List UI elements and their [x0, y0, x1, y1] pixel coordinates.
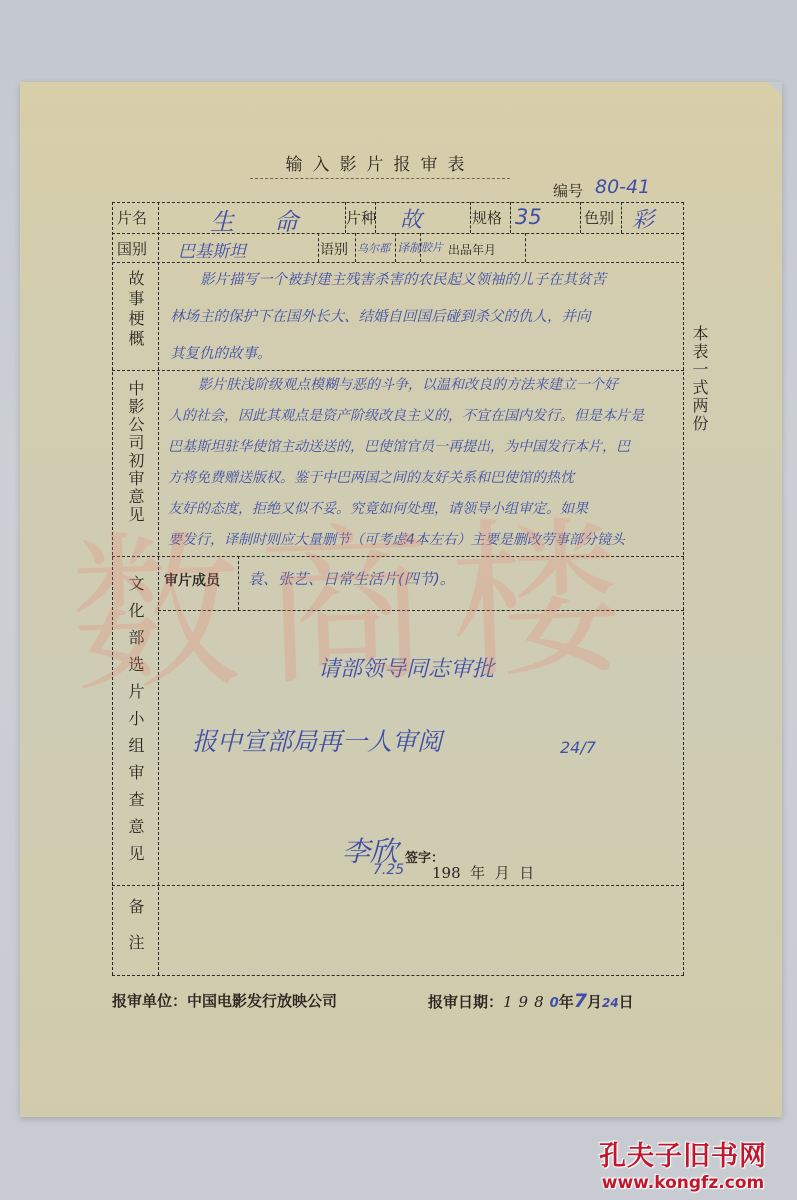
year-print: 198 — [503, 993, 550, 1011]
row-divider — [112, 233, 684, 234]
submission-date: 报审日期：1980年7月24日 — [428, 990, 634, 1012]
color-label: 色别 — [584, 207, 614, 228]
day-hand: 24 — [602, 996, 619, 1010]
unit-value: 中国电影发行放映公司 — [187, 992, 337, 1010]
film-name-label: 片名 — [117, 207, 147, 228]
film-type-value: 故 — [400, 203, 422, 234]
ministry-instruction: 请部领导同志审批 — [318, 652, 494, 683]
serial-label: 编号 — [553, 180, 583, 201]
language-value: 乌尔都 — [357, 240, 390, 256]
cell-divider — [470, 202, 471, 233]
country-value: 巴基斯坦 — [178, 237, 246, 262]
review-line: 方将免费赠送版权。鉴于中巴两国之间的友好关系和巴使馆的热忱 — [168, 463, 680, 494]
month-suffix: 月 — [587, 993, 602, 1011]
cell-divider — [510, 202, 511, 233]
row-divider — [112, 556, 684, 557]
ministry-comment: 报中宣部局再一人审阅 — [192, 722, 442, 758]
review-line: 影片肤浅阶级观点模糊与恶的斗争，以温和改良的方法来建立一个好 — [168, 370, 680, 401]
language-label: 语别 — [320, 239, 348, 259]
row-divider — [158, 610, 684, 611]
cell-divider — [238, 556, 239, 610]
row-divider — [112, 885, 684, 886]
review-line: 友好的态度，拒绝又似不妥。究竟如何处理，请领导小组审定。如果 — [168, 494, 680, 525]
synopsis-line: 其复仇的故事。 — [170, 336, 680, 373]
dub-value: 译制 — [397, 239, 421, 256]
day-suffix: 日 — [619, 993, 634, 1011]
synopsis-text: 影片描写一个被封建主残害杀害的农民起义领袖的儿子在其贫苦 林场主的保护下在国外长… — [170, 262, 680, 373]
reviewers-label: 审片成员 — [164, 570, 220, 590]
film-name-value: 生命 — [210, 202, 338, 237]
table-top-border — [112, 202, 684, 203]
synopsis-line: 影片描写一个被封建主残害杀害的农民起义领袖的儿子在其贫苦 — [170, 262, 680, 299]
review-line: 巴基斯坦驻华使馆主动送送的，巴使馆官员一再提出，为中国发行本片，巴 — [168, 432, 680, 463]
review-line: 要发行，译制时则应大量删节（可考虑4本左右）主要是删改劳事部分镜头 — [168, 525, 680, 556]
review-line: 人的社会，因此其观点是资产阶级改良主义的，不宜在国内发行。但是本片是 — [168, 401, 680, 432]
sign-date-hand: 7.25 — [373, 862, 404, 878]
reviewers-value: 袁、张艺、日常生活片(四节)。 — [248, 568, 455, 589]
country-label: 国别 — [117, 238, 147, 259]
table-left-border — [112, 202, 113, 975]
date-label: 报审日期： — [428, 993, 503, 1011]
table-bottom-border — [112, 975, 684, 976]
table-right-border — [683, 202, 684, 975]
initial-review-label: 中影公司初审意见 — [123, 380, 147, 531]
cell-divider — [318, 233, 319, 262]
gauge-label: 规格 — [472, 207, 502, 228]
copies-note: 本表一式两份 — [688, 325, 711, 433]
month-hand: 7 — [574, 990, 587, 1012]
form-title: 输入影片报审表 — [250, 150, 510, 179]
year-suffix: 年 — [559, 993, 574, 1011]
label-column-divider — [158, 202, 159, 975]
serial-value: 80-41 — [595, 176, 650, 198]
submitting-unit: 报审单位：中国电影发行放映公司 — [112, 990, 337, 1011]
ministry-initials-date: 24/7 — [560, 738, 596, 757]
year-hand: 0 — [550, 996, 559, 1011]
cell-divider — [395, 233, 396, 262]
synopsis-line: 林场主的保护下在国外长大、结婚自回国后碰到杀父的仇人，并向 — [170, 299, 680, 336]
cell-divider — [580, 202, 581, 233]
cell-divider — [525, 233, 526, 262]
cell-divider — [621, 202, 622, 233]
color-value: 彩 — [632, 203, 654, 234]
cell-divider — [355, 233, 356, 262]
film-type-label: 片种 — [346, 207, 376, 228]
initial-review-text: 影片肤浅阶级观点模糊与恶的斗争，以温和改良的方法来建立一个好 人的社会，因此其观… — [168, 370, 680, 556]
unit-label: 报审单位： — [112, 992, 187, 1010]
remarks-label: 备注 — [123, 898, 147, 977]
production-date-label: 出品年月 — [448, 241, 496, 258]
brand-name: 孔夫子旧书网 — [599, 1134, 767, 1173]
gauge-value: 35 — [515, 205, 542, 229]
ministry-review-label: 文化部选片小组审查意见 — [123, 575, 147, 879]
synopsis-label: 故事梗概 — [123, 270, 147, 357]
sign-date-print: 198 年 月 日 — [432, 862, 534, 883]
film-stock-value: 胶片 — [421, 239, 443, 255]
site-branding: 孔夫子旧书网 www.kongfz.com — [599, 1134, 767, 1193]
brand-url: www.kongfz.com — [599, 1173, 767, 1193]
